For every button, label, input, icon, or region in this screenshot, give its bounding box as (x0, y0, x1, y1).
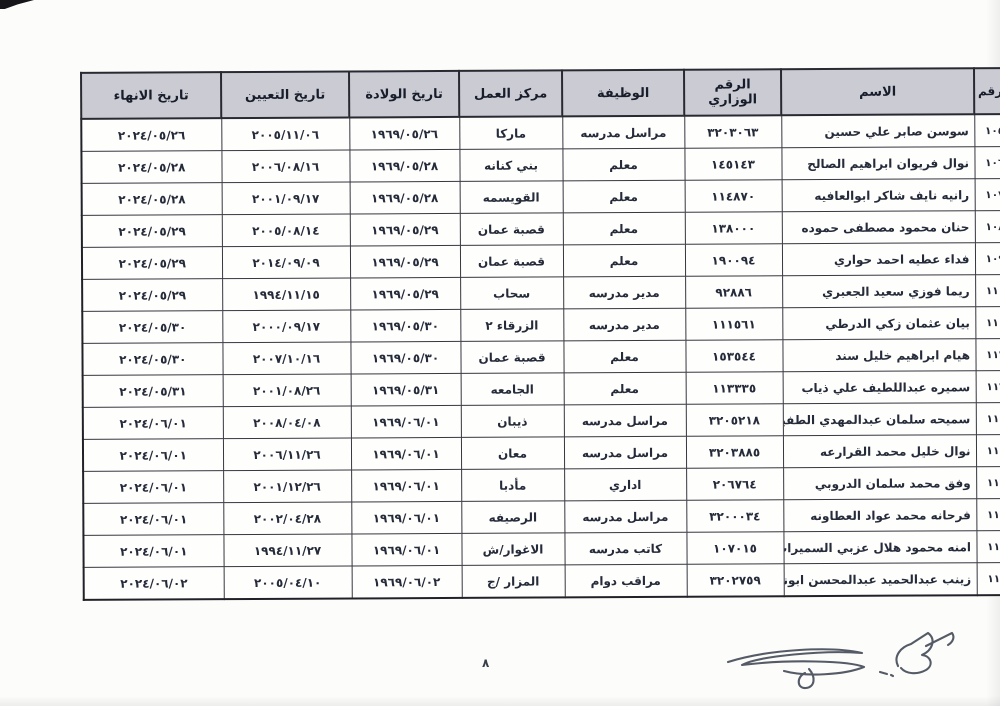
cell-ministry_no: ١٠٧٠١٥ (686, 532, 783, 565)
cell-birth_date: ١٩٦٩/٠٦/٠١ (351, 469, 461, 502)
cell-id: ١١٤ (976, 403, 1000, 435)
table-row: ١١٦وفق محمد سلمان الدروبي٢٠٦٧٦٤اداريمأدب… (83, 466, 1000, 503)
cell-name: سميره عبداللطيف علي ذياب (783, 371, 976, 404)
column-header-end_date: تاريخ الانهاء (81, 72, 221, 119)
cell-work_center: الرصيفه (461, 501, 564, 534)
cell-job: معلم (563, 340, 685, 373)
cell-job: اداري (564, 468, 686, 501)
cell-birth_date: ١٩٦٩/٠٦/٠١ (351, 405, 461, 438)
scanned-page: الرقمالاسمالرقم الوزاريالوظيفةمركز العمل… (0, 0, 1000, 706)
cell-ministry_no: ٣٢٠٣٨٨٥ (686, 436, 783, 469)
cell-work_center: قصبة عمان (460, 341, 563, 374)
cell-hire_date: ٢٠٠٠/٠٩/١٧ (222, 310, 350, 343)
cell-name: فرحانه محمد عواد العطاونه (783, 499, 976, 532)
cell-work_center: قصبة عمان (460, 245, 563, 278)
cell-job: كاتب مدرسه (564, 532, 686, 565)
cell-end_date: ٢٠٢٤/٠٥/٣١ (83, 375, 223, 408)
cell-ministry_no: ١١٣٣٣٥ (686, 372, 783, 405)
cell-end_date: ٢٠٢٤/٠٥/٣٠ (82, 311, 222, 344)
cell-birth_date: ١٩٦٩/٠٥/٣٠ (350, 341, 460, 374)
cell-id: ١١٠ (975, 275, 1000, 307)
table-row: ١١٢هيام ابراهيم خليل سند١٥٣٥٤٤معلمقصبة ع… (82, 339, 1000, 376)
employee-table-wrap: الرقمالاسمالرقم الوزاريالوظيفةمركز العمل… (80, 67, 1000, 601)
cell-job: معلم (563, 180, 685, 213)
cell-end_date: ٢٠٢٤/٠٥/٣٠ (82, 343, 222, 376)
column-header-ministry_no: الرقم الوزاري (684, 69, 781, 116)
cell-hire_date: ٢٠٠١/٠٩/١٧ (222, 182, 350, 215)
table-row: ١٠٥سوسن صابر علي حسين٣٢٠٣٠٦٣مراسل مدرسهم… (81, 114, 1000, 151)
cell-name: سميحه سلمان عبدالمهدي الطفيحات (783, 403, 976, 436)
cell-birth_date: ١٩٦٩/٠٥/٣٠ (350, 309, 460, 342)
page-number: ٨ (482, 656, 489, 670)
cell-job: معلم (563, 212, 685, 245)
column-header-work_center: مركز العمل (459, 70, 562, 117)
cell-birth_date: ١٩٦٩/٠٥/٣١ (351, 373, 461, 406)
signature-scribble-icon (712, 624, 972, 700)
cell-job: معلم (562, 148, 684, 181)
cell-name: امنه محمود هلال عزبي السميرات (783, 531, 976, 564)
cell-name: حنان محمود مصطفى حموده (782, 211, 975, 244)
cell-birth_date: ١٩٦٩/٠٥/٢٨ (350, 181, 460, 214)
cell-work_center: بني كنانه (459, 149, 562, 182)
cell-id: ١٠٦ (974, 147, 1000, 179)
cell-name: سوسن صابر علي حسين (781, 114, 974, 148)
cell-ministry_no: ١٤٥١٤٣ (684, 148, 781, 181)
cell-work_center: الاغوار/ش (461, 533, 564, 566)
cell-hire_date: ٢٠٠٥/٠٤/١٠ (224, 566, 352, 599)
cell-name: زينب عبدالحميد عبدالمحسن ابونواس (784, 563, 977, 597)
cell-name: رانيه نايف شاكر ابوالعافيه (782, 179, 975, 212)
cell-hire_date: ٢٠٠٨/٠٤/٠٨ (223, 406, 351, 439)
cell-id: ١١٨ (976, 530, 1000, 562)
cell-ministry_no: ٣٢٠٢٧٥٩ (687, 564, 784, 597)
cell-id: ١٠٨ (975, 211, 1000, 243)
column-header-id: الرقم (974, 68, 1000, 114)
cell-hire_date: ٢٠٠٥/٠٨/١٤ (222, 214, 350, 247)
cell-birth_date: ١٩٦٩/٠٥/٢٨ (349, 149, 459, 182)
cell-hire_date: ١٩٩٤/١١/١٥ (222, 278, 350, 311)
column-header-birth_date: تاريخ الولادة (349, 71, 459, 118)
cell-id: ١١١ (975, 307, 1000, 339)
table-header: الرقمالاسمالرقم الوزاريالوظيفةمركز العمل… (81, 68, 1000, 119)
table-row: ١١٧فرحانه محمد عواد العطاونه٣٢٠٠٠٣٤مراسل… (83, 498, 1000, 535)
cell-id: ١١٢ (975, 339, 1000, 371)
cell-end_date: ٢٠٢٤/٠٦/٠٢ (84, 567, 224, 600)
handwritten-signature (712, 624, 972, 700)
table-row: ١١٨امنه محمود هلال عزبي السميرات١٠٧٠١٥كا… (83, 530, 1000, 567)
cell-name: هيام ابراهيم خليل سند (782, 339, 975, 372)
cell-ministry_no: ١٩٠٠٩٤ (685, 244, 782, 277)
cell-hire_date: ١٩٩٤/١١/٢٧ (223, 534, 351, 567)
cell-ministry_no: ١٣٨٠٠٠ (685, 212, 782, 245)
cell-end_date: ٢٠٢٤/٠٦/٠١ (83, 503, 223, 536)
cell-hire_date: ٢٠٠١/٠٨/٢٦ (223, 374, 351, 407)
cell-end_date: ٢٠٢٤/٠٦/٠١ (83, 471, 223, 504)
cell-ministry_no: ٢٠٦٧٦٤ (686, 468, 783, 501)
cell-end_date: ٢٠٢٤/٠٥/٢٦ (81, 118, 221, 151)
table-row: ١١٩زينب عبدالحميد عبدالمحسن ابونواس٣٢٠٢٧… (84, 562, 1000, 599)
column-header-hire_date: تاريخ التعيين (221, 71, 349, 118)
cell-job: معلم (564, 372, 686, 405)
cell-job: مراقب دوام (565, 564, 687, 597)
cell-end_date: ٢٠٢٤/٠٥/٢٩ (82, 247, 222, 280)
cell-name: فداء عطيه احمد حواري (782, 243, 975, 276)
cell-end_date: ٢٠٢٤/٠٦/٠١ (83, 407, 223, 440)
cell-ministry_no: ٩٢٨٨٦ (685, 276, 782, 309)
cell-name: ريما فوزي سعيد الجعبري (782, 275, 975, 308)
cell-name: نوال فريوان ابراهيم الصالح (781, 147, 974, 180)
table-row: ١٠٦نوال فريوان ابراهيم الصالح١٤٥١٤٣معلمب… (81, 147, 1000, 184)
cell-id: ١١٥ (976, 435, 1000, 467)
cell-hire_date: ٢٠٠٥/١١/٠٦ (221, 117, 349, 150)
cell-end_date: ٢٠٢٤/٠٦/٠١ (83, 439, 223, 472)
cell-id: ١٠٥ (974, 114, 1000, 147)
cell-birth_date: ١٩٦٩/٠٥/٢٩ (350, 277, 460, 310)
cell-work_center: القويسمه (460, 181, 563, 214)
cell-ministry_no: ١٥٣٥٤٤ (685, 340, 782, 373)
column-header-name: الاسم (781, 68, 974, 115)
cell-work_center: المزار /ج (462, 565, 565, 598)
cell-birth_date: ١٩٦٩/٠٦/٠١ (351, 437, 461, 470)
cell-hire_date: ٢٠٠٦/٠٨/١٦ (221, 150, 349, 183)
cell-end_date: ٢٠٢٤/٠٥/٢٩ (82, 279, 222, 312)
cell-end_date: ٢٠٢٤/٠٥/٢٩ (82, 215, 222, 248)
cell-id: ١٠٧ (975, 179, 1000, 211)
employee-termination-table: الرقمالاسمالرقم الوزاريالوظيفةمركز العمل… (80, 67, 1000, 601)
cell-hire_date: ٢٠٠٦/١١/٢٦ (223, 438, 351, 471)
cell-ministry_no: ٣٢٠٣٠٦٣ (684, 115, 781, 148)
cell-birth_date: ١٩٦٩/٠٥/٢٩ (350, 245, 460, 278)
table-header-row: الرقمالاسمالرقم الوزاريالوظيفةمركز العمل… (81, 68, 1000, 119)
cell-work_center: معان (461, 437, 564, 470)
cell-job: مدير مدرسه (563, 276, 685, 309)
cell-birth_date: ١٩٦٩/٠٦/٠١ (351, 501, 461, 534)
cell-ministry_no: ٣٢٠٥٢١٨ (686, 404, 783, 437)
cell-id: ١١٣ (976, 371, 1000, 403)
cell-hire_date: ٢٠٠٢/٠٤/٢٨ (223, 502, 351, 535)
table-body: ١٠٥سوسن صابر علي حسين٣٢٠٣٠٦٣مراسل مدرسهم… (81, 114, 1000, 600)
table-row: ١٠٨حنان محمود مصطفى حموده١٣٨٠٠٠معلمقصبة … (82, 211, 1000, 248)
cell-job: مراسل مدرسه (564, 404, 686, 437)
column-header-job: الوظيفة (562, 70, 684, 117)
cell-hire_date: ٢٠٠٧/١٠/١٦ (222, 342, 350, 375)
cell-id: ١١٩ (977, 562, 1000, 595)
cell-job: معلم (563, 244, 685, 277)
cell-end_date: ٢٠٢٤/٠٦/٠١ (83, 535, 223, 568)
cell-name: وفق محمد سلمان الدروبي (783, 467, 976, 500)
cell-id: ١١٦ (976, 466, 1000, 498)
cell-birth_date: ١٩٦٩/٠٦/٠٢ (352, 565, 462, 598)
table-row: ١٠٧رانيه نايف شاكر ابوالعافيه١١٤٨٧٠معلما… (82, 179, 1000, 216)
table-row: ١١٣سميره عبداللطيف علي ذياب١١٣٣٣٥معلمالج… (83, 371, 1000, 408)
cell-work_center: قصبة عمان (460, 213, 563, 246)
table-row: ١١٠ريما فوزي سعيد الجعبري٩٢٨٨٦مدير مدرسه… (82, 275, 1000, 312)
cell-work_center: مأدبا (461, 469, 564, 502)
cell-hire_date: ٢٠١٤/٠٩/٠٩ (222, 246, 350, 279)
cell-birth_date: ١٩٦٩/٠٦/٠١ (351, 533, 461, 566)
scan-corner-artifact (0, 0, 34, 9)
cell-job: مراسل مدرسه (562, 116, 684, 149)
cell-birth_date: ١٩٦٩/٠٥/٢٩ (350, 213, 460, 246)
cell-work_center: الزرقاء ٢ (460, 309, 563, 342)
cell-end_date: ٢٠٢٤/٠٥/٢٨ (81, 151, 221, 184)
cell-birth_date: ١٩٦٩/٠٥/٢٦ (349, 117, 459, 150)
cell-end_date: ٢٠٢٤/٠٥/٢٨ (82, 183, 222, 216)
cell-ministry_no: ١١١٥٦١ (685, 308, 782, 341)
table-row: ١٠٩فداء عطيه احمد حواري١٩٠٠٩٤معلمقصبة عم… (82, 243, 1000, 280)
cell-work_center: الجامعه (461, 373, 564, 406)
cell-work_center: سحاب (460, 277, 563, 310)
cell-job: مراسل مدرسه (564, 436, 686, 469)
table-row: ١١٥نوال خليل محمد القرارعه٣٢٠٣٨٨٥مراسل م… (83, 435, 1000, 472)
table-row: ١١١بيان عثمان زكي الدرطي١١١٥٦١مدير مدرسه… (82, 307, 1000, 344)
cell-id: ١٠٩ (975, 243, 1000, 275)
cell-work_center: ماركا (459, 116, 562, 149)
cell-hire_date: ٢٠٠١/١٢/٢٦ (223, 470, 351, 503)
cell-job: مراسل مدرسه (564, 500, 686, 533)
cell-job: مدير مدرسه (563, 308, 685, 341)
cell-work_center: ذيبان (461, 405, 564, 438)
cell-id: ١١٧ (976, 498, 1000, 530)
cell-ministry_no: ٣٢٠٠٠٣٤ (686, 500, 783, 533)
cell-name: نوال خليل محمد القرارعه (783, 435, 976, 468)
cell-ministry_no: ١١٤٨٧٠ (685, 180, 782, 213)
cell-name: بيان عثمان زكي الدرطي (782, 307, 975, 340)
table-row: ١١٤سميحه سلمان عبدالمهدي الطفيحات٣٢٠٥٢١٨… (83, 403, 1000, 440)
